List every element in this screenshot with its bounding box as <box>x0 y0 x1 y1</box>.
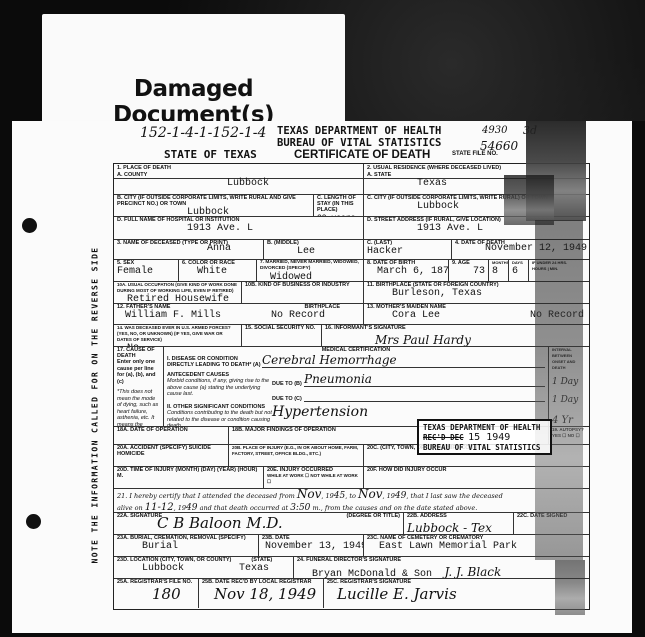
hospital-field: d. FULL NAME OF HOSPITAL OR INSTITUTION … <box>114 216 364 239</box>
registrar-date-field: 25b. DATE REC'D BY LOCAL REGISTRAR Nov 1… <box>199 578 324 608</box>
index-number: 152-1-4-1-152-1-4 <box>140 125 266 141</box>
cause-line-a: Cerebral Hemorrhage <box>262 353 545 368</box>
handwritten-number: 4930 <box>482 125 507 136</box>
age-months-field: MONTHS 8 <box>489 259 509 281</box>
last-name-field: c. (Last) Hacker <box>364 239 452 259</box>
cause-line-b: Pneumonia <box>304 372 545 387</box>
cause-line-c <box>304 393 545 402</box>
race-field: 6. COLOR OR RACE White <box>179 259 257 281</box>
row-armed-forces: 14. WAS DECEASED EVER IN U.S. ARMED FORC… <box>114 324 589 347</box>
death-certificate-form: 1. PLACE OF DEATH 2. USUAL RESIDENCE (Wh… <box>113 163 590 610</box>
cause-instructions: 17. CAUSE OF DEATH Enter only one cause … <box>114 346 164 426</box>
row-burial: 23a. BURIAL, CREMATION, REMOVAL (Specify… <box>114 534 589 557</box>
row-demographics: 5. SEX Female 6. COLOR OR RACE White 7. … <box>114 259 589 282</box>
age-days-field: DAYS 6 <box>509 259 529 281</box>
cause-lines: MEDICAL CERTIFICATION I. DISEASE OR COND… <box>164 346 549 426</box>
other-conditions: Hypertension <box>272 404 368 426</box>
date-of-birth-field: 8. DATE OF BIRTH March 6, 1876 <box>364 259 449 281</box>
certificate-title: CERTIFICATE OF DEATH <box>294 149 430 161</box>
burial-type-field: 23a. BURIAL, CREMATION, REMOVAL (Specify… <box>114 534 259 556</box>
death-county-field: a. COUNTY Lubbock <box>114 164 364 194</box>
age-years-field: 9. AGE 73 <box>449 259 489 281</box>
punch-hole-icon <box>26 514 41 529</box>
attendance-statement: 21. I hereby certify that I attended the… <box>114 488 589 512</box>
middle-name-field: b. (Middle) Lee <box>264 239 364 259</box>
row-registrar: 25a. REGISTRAR'S FILE NO. 180 25b. DATE … <box>114 578 589 608</box>
injury-time-field: 20d. TIME OF INJURY (Month) (Day) (Year)… <box>114 466 264 488</box>
row-injury-time: 20d. TIME OF INJURY (Month) (Day) (Year)… <box>114 466 589 489</box>
not-while-at-work-checkbox[interactable]: ☐ <box>267 479 271 484</box>
physician-address-field: 22b. ADDRESS Lubbock - Tex <box>404 512 514 534</box>
row-location: 23d. LOCATION (City, town, or county)(St… <box>114 556 589 579</box>
father-field: 12. FATHER'S NAMEBIRTHPLACE William F. M… <box>114 303 364 324</box>
damage-smear <box>535 220 583 560</box>
injury-occurred-field: 20e. INJURY OCCURRED WHILE AT WORK ☐ NOT… <box>264 466 364 488</box>
business-field: 10b. KIND OF BUSINESS OR INDUSTRY <box>242 281 364 303</box>
armed-forces-field: 14. WAS DECEASED EVER IN U.S. ARMED FORC… <box>114 324 242 346</box>
row-parents: 12. FATHER'S NAMEBIRTHPLACE William F. M… <box>114 303 589 325</box>
agency-heading: TEXAS DEPARTMENT OF HEALTH BUREAU OF VIT… <box>277 125 441 149</box>
injury-place-field: 20b. PLACE OF INJURY (e.g., in or about … <box>229 444 364 466</box>
ssn-field: 15. SOCIAL SECURITY NO. <box>242 324 322 346</box>
physician-signature-field: 22a. SIGNATURE(Degree or title) C B Balo… <box>114 512 404 534</box>
row-signature: 22a. SIGNATURE(Degree or title) C B Balo… <box>114 512 589 535</box>
registrar-signature-field: 25c. REGISTRAR'S SIGNATURE Lucille E. Ja… <box>324 578 589 608</box>
row-name: 3. NAME OF DECEASED (Type or Print) Anna… <box>114 239 589 260</box>
received-stamp: TEXAS DEPARTMENT OF HEALTH REC'D DEC 15 … <box>417 419 552 455</box>
first-name-field: 3. NAME OF DECEASED (Type or Print) Anna <box>114 239 264 259</box>
death-city-field: b. CITY (If outside corporate limits, wr… <box>114 194 314 216</box>
sex-field: 5. SEX Female <box>114 259 179 281</box>
row-occupation: 10a. USUAL OCCUPATION (Give kind of work… <box>114 281 589 304</box>
scan-edge <box>632 121 645 633</box>
occupation-field: 10a. USUAL OCCUPATION (Give kind of work… <box>114 281 242 303</box>
accident-field: 20a. ACCIDENT (Specify) SUICIDE HOMICIDE <box>114 444 229 466</box>
state-heading: STATE OF TEXAS <box>164 148 257 161</box>
punch-hole-icon <box>22 218 37 233</box>
damage-smear <box>555 560 585 615</box>
operation-date-field: 18a. DATE OF OPERATION <box>114 426 229 444</box>
length-of-stay-field: c. LENGTH OF STAY (in this place) 29 yea… <box>314 194 364 216</box>
marital-status-field: 7. MARRIED, NEVER MARRIED, WIDOWED, DIVO… <box>257 259 364 281</box>
row-cause-of-death: 17. CAUSE OF DEATH Enter only one cause … <box>114 346 589 427</box>
registrar-file-field: 25a. REGISTRAR'S FILE NO. 180 <box>114 578 199 608</box>
state-file-label: STATE FILE NO. <box>452 151 498 157</box>
burial-date-field: 23b. DATE November 13, 1949 <box>259 534 364 556</box>
burial-location-field: 23d. LOCATION (City, town, or county)(St… <box>114 556 294 578</box>
while-at-work-checkbox[interactable]: ☐ <box>305 473 309 478</box>
row-attendance: 21. I hereby certify that I attended the… <box>114 488 589 513</box>
damage-smear <box>504 175 554 225</box>
margin-note: NOTE THE INFORMATION CALLED FOR ON THE R… <box>88 240 102 570</box>
